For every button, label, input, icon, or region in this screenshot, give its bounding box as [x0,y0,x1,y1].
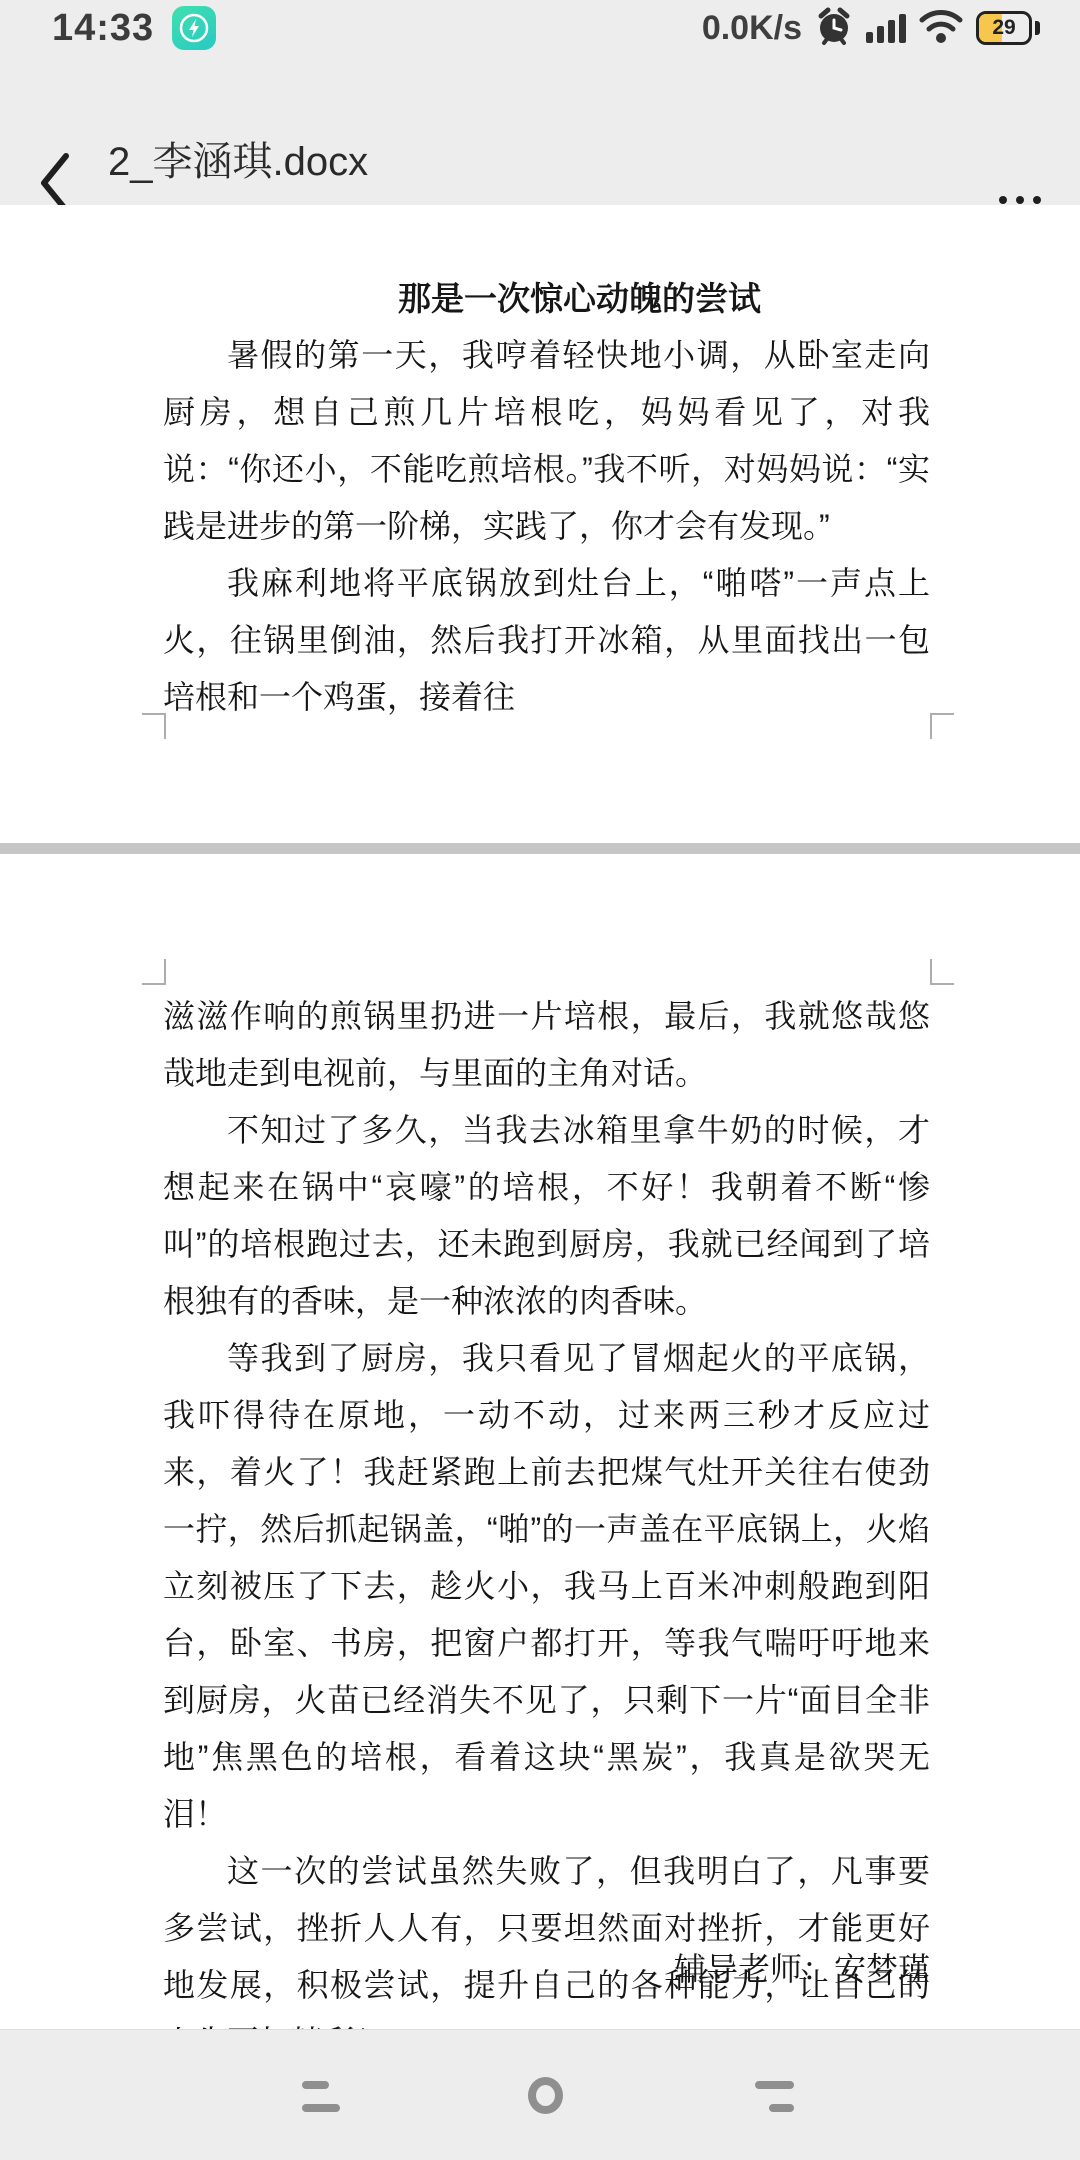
alarm-icon [814,6,854,51]
lightning-badge-icon [172,6,216,50]
home-key-icon[interactable] [528,2077,563,2114]
teacher-signature: 辅导老师：安梦瑾 [163,1944,930,1990]
back-key-icon[interactable] [755,2081,794,2112]
doc-paragraph-continuation: 滋滋作响的煎锅里扔进一片培根，最后，我就悠哉悠哉地走到电视前，与里面的主角对话。 [163,988,930,1102]
battery-percent: 29 [992,16,1015,40]
page-separator [0,843,1080,854]
file-title: 2_李涵琪.docx [108,130,368,187]
doc-paragraph: 暑假的第一天，我哼着轻快地小调，从卧室走向厨房，想自己煎几片培根吃，妈妈看见了，… [163,327,930,555]
network-speed: 0.0K/s [702,9,802,48]
wifi-icon [918,7,964,50]
page-corner-mark [930,959,954,985]
page-1: 那是一次惊心动魄的尝试 暑假的第一天，我哼着轻快地小调，从卧室走向厨房，想自己煎… [163,270,930,726]
battery-icon: 29 [976,11,1032,45]
battery-nub [1035,21,1040,35]
phone-screen: 14:33 0.0K/s [0,0,1080,2160]
page-corner-mark [930,713,954,739]
navigation-bar [0,2029,1080,2160]
essay-title: 那是一次惊心动魄的尝试 [163,270,930,327]
doc-paragraph: 我麻利地将平底锅放到灶台上，“啪嗒”一声点上火，往锅里倒油，然后我打开冰箱，从里… [163,555,930,726]
signal-strength-icon [866,13,906,43]
doc-paragraph: 等我到了厨房，我只看见了冒烟起火的平底锅，我吓得待在原地，一动不动，过来两三秒才… [163,1330,930,1843]
status-icons-group: 0.0K/s [702,6,1040,51]
app-header: 2_李涵琪.docx 文件预览 [0,56,1080,205]
status-bar: 14:33 0.0K/s [0,0,1080,56]
page-2: 滋滋作响的煎锅里扔进一片培根，最后，我就悠哉悠哉地走到电视前，与里面的主角对话。… [163,988,930,2071]
document-viewport[interactable]: 那是一次惊心动魄的尝试 暑假的第一天，我哼着轻快地小调，从卧室走向厨房，想自己煎… [0,205,1080,2029]
recents-key-icon[interactable] [302,2081,340,2112]
page-corner-mark [142,959,166,985]
page-corner-mark [142,713,166,739]
doc-paragraph: 不知过了多久，当我去冰箱里拿牛奶的时候，才想起来在锅中“哀嚎”的培根，不好！我朝… [163,1102,930,1330]
clock-time: 14:33 [52,7,154,50]
